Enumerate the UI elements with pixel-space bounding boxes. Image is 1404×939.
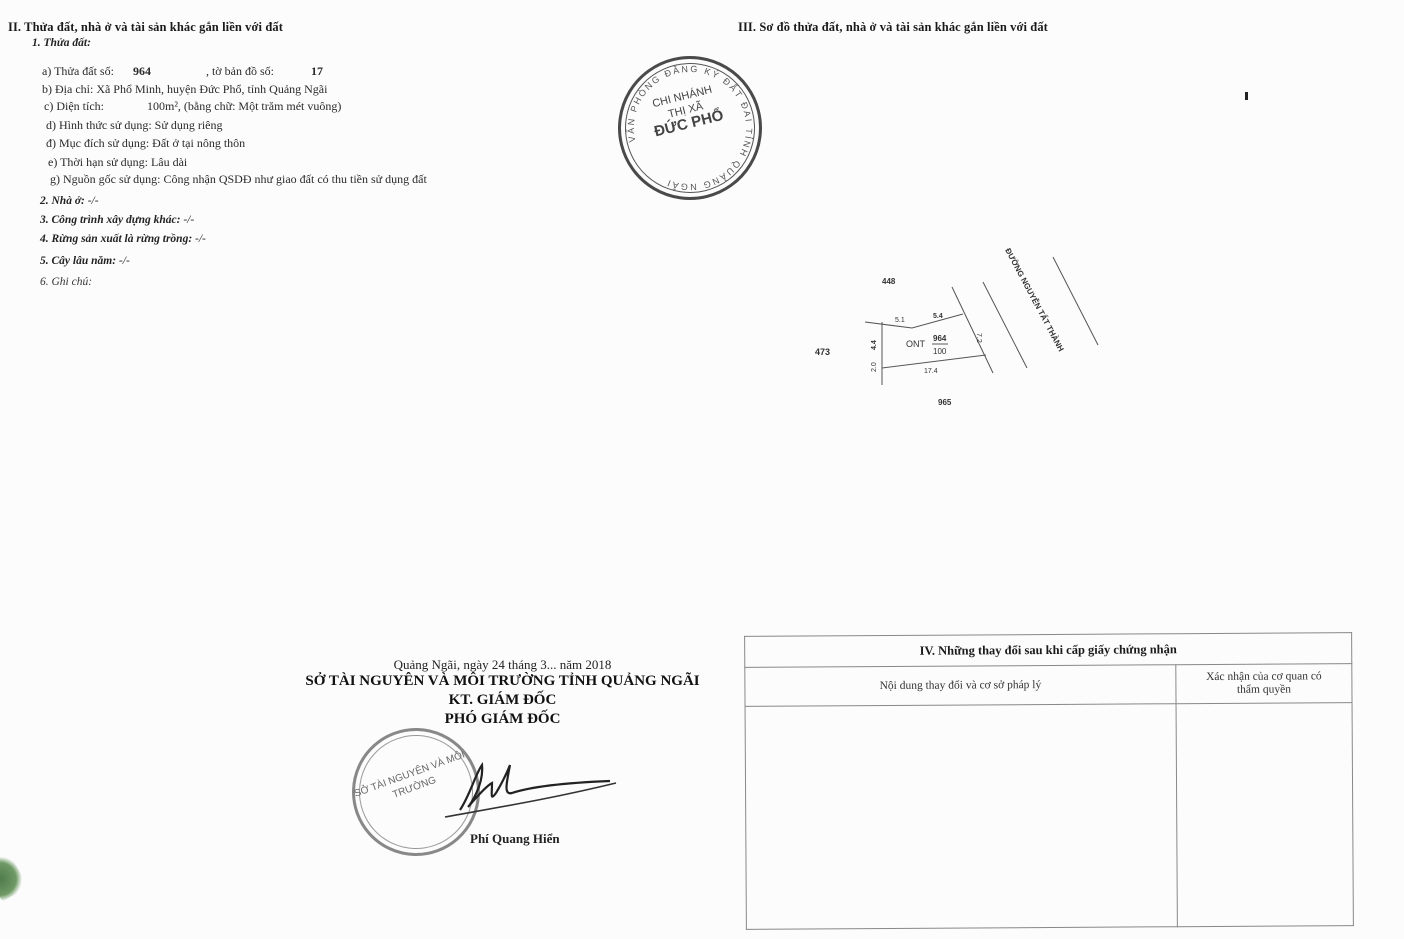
address-line: b) Địa chỉ: Xã Phổ Minh, huyện Đức Phổ, … bbox=[42, 82, 327, 97]
branch-stamp: VĂN PHÒNG ĐĂNG KÝ ĐẤT ĐAI TỈNH QUẢNG NGÃ… bbox=[603, 41, 778, 216]
construction-item: 3. Công trình xây dựng khác: -/- bbox=[40, 214, 194, 226]
road-edge-2 bbox=[1053, 257, 1098, 345]
parcel-number: 964 bbox=[133, 64, 203, 79]
plot-bottom-edge bbox=[882, 355, 986, 368]
signature-block: Quảng Ngãi, ngày 24 tháng 3... năm 2018 … bbox=[270, 657, 735, 728]
changes-confirm-cell bbox=[1176, 703, 1353, 927]
plot-land-code: ONT bbox=[906, 339, 926, 349]
edge-right: 7.2 bbox=[975, 333, 982, 343]
road-name: ĐƯỜNG NGUYỄN TẤT THÀNH bbox=[1003, 246, 1066, 353]
note-label: 6. Ghi chú: bbox=[40, 276, 92, 288]
signature-role-1: KT. GIÁM ĐỐC bbox=[270, 692, 735, 709]
usage-purpose-line: đ) Mục đích sử dụng: Đất ở tại nông thôn bbox=[46, 136, 245, 151]
parcel-line: a) Thửa đất số: 964 , tờ bản đồ số: 17 bbox=[42, 64, 323, 79]
section-iii-title: III. Sơ đồ thửa đất, nhà ở và tài sản kh… bbox=[738, 20, 1048, 35]
edge-left-b: 2.0 bbox=[871, 362, 878, 372]
edge-top-right: 5.4 bbox=[933, 313, 943, 320]
changes-content-cell bbox=[745, 704, 1177, 930]
edge-left-a: 4.4 bbox=[871, 340, 878, 350]
usage-form-line: d) Hình thức sử dụng: Sử dụng riêng bbox=[46, 118, 223, 133]
forest-label: 4. Rừng sản xuất là rừng trồng: bbox=[40, 233, 192, 245]
house-item: 2. Nhà ở: -/- bbox=[40, 195, 99, 207]
plot-area: 100 bbox=[933, 347, 947, 356]
forest-item: 4. Rừng sản xuất là rừng trồng: -/- bbox=[40, 233, 206, 245]
neighbor-south: 965 bbox=[938, 398, 952, 407]
changes-table: IV. Những thay đổi sau khi cấp giấy chứn… bbox=[744, 632, 1354, 930]
handwritten-signature bbox=[440, 755, 620, 825]
usage-term-line: e) Thời hạn sử dụng: Lâu dài bbox=[48, 155, 187, 170]
house-value: -/- bbox=[85, 195, 99, 207]
signature-org: SỞ TÀI NGUYÊN VÀ MÔI TRƯỜNG TỈNH QUẢNG N… bbox=[270, 673, 735, 690]
plot-parcel: 964 bbox=[933, 334, 947, 343]
perennial-item: 5. Cây lâu năm: -/- bbox=[40, 255, 130, 267]
signature-date: Quảng Ngãi, ngày 24 tháng 3... năm 2018 bbox=[270, 657, 735, 673]
map-sheet-label: , tờ bản đồ số: bbox=[206, 64, 274, 78]
parcel-label: a) Thửa đất số: bbox=[42, 64, 114, 78]
construction-label: 3. Công trình xây dựng khác: bbox=[40, 214, 180, 226]
perennial-label: 5. Cây lâu năm: bbox=[40, 255, 116, 267]
construction-value: -/- bbox=[180, 214, 194, 226]
map-sheet-number: 17 bbox=[311, 64, 323, 79]
scan-edge-artifact bbox=[0, 850, 28, 901]
house-label: 2. Nhà ở: bbox=[40, 195, 85, 207]
plot-top-edge bbox=[865, 314, 963, 328]
area-value: 100m², (bằng chữ: Một trăm mét vuông) bbox=[147, 99, 341, 113]
plot-right-edge bbox=[952, 287, 993, 373]
signer-name: Phí Quang Hiển bbox=[470, 831, 560, 847]
section-ii-title: II. Thửa đất, nhà ở và tài sản khác gắn … bbox=[8, 20, 283, 35]
plot-diagram: 448 473 965 ONT 964 100 5.1 5.4 7.2 17.4… bbox=[800, 240, 1100, 420]
area-line: c) Diện tích: 100m², (bằng chữ: Một trăm… bbox=[44, 99, 341, 114]
neighbor-north: 448 bbox=[882, 277, 896, 286]
usage-origin-line: g) Nguồn gốc sử dụng: Công nhận QSDĐ như… bbox=[50, 172, 427, 187]
edge-top-left: 5.1 bbox=[895, 317, 905, 324]
section-iv-title: IV. Những thay đổi sau khi cấp giấy chứn… bbox=[745, 633, 1352, 668]
land-heading: 1. Thửa đất: bbox=[32, 37, 91, 49]
edge-bottom: 17.4 bbox=[924, 368, 938, 375]
forest-value: -/- bbox=[192, 233, 206, 245]
scan-mark bbox=[1245, 92, 1248, 100]
changes-col-confirm: Xác nhận của cơ quan có thẩm quyền bbox=[1176, 664, 1352, 704]
note-item: 6. Ghi chú: bbox=[40, 276, 92, 288]
road-edge-1 bbox=[983, 282, 1027, 368]
perennial-value: -/- bbox=[116, 255, 130, 267]
changes-col-content: Nội dung thay đổi và cơ sở pháp lý bbox=[745, 665, 1176, 707]
area-label: c) Diện tích: bbox=[44, 99, 104, 113]
signature-role-2: PHÓ GIÁM ĐỐC bbox=[270, 711, 735, 728]
neighbor-west: 473 bbox=[815, 347, 830, 357]
